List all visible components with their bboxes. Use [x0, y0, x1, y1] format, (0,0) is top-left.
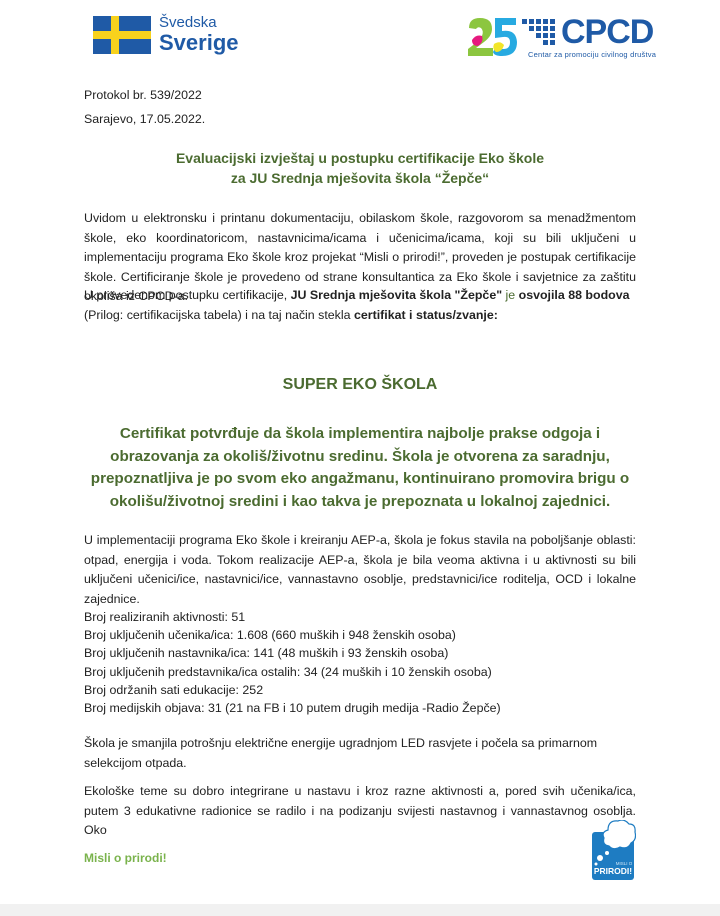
svg-text:PRIRODI!: PRIRODI! — [594, 866, 632, 876]
cpcd-logo: CPCD Centar za promociju civilnog društv… — [466, 14, 646, 64]
implementation-paragraph: U implementaciji programa Eko škole i kr… — [84, 531, 636, 609]
statistics-list: Broj realiziranih aktivnosti: 51 Broj uk… — [84, 608, 636, 717]
stat-students: Broj uključenih učenika/ica: 1.608 (660 … — [84, 626, 636, 644]
cpcd-logo-subtitle: Centar za promociju civilnog društva — [528, 50, 656, 59]
status-label: certifikat i status/zvanje: — [354, 308, 498, 322]
cpcd-logo-name: CPCD — [561, 13, 653, 52]
title-line-2: za JU Srednja mješovita škola “Žepče“ — [84, 168, 636, 188]
sweden-logo: Švedska Sverige — [93, 15, 239, 54]
sweden-logo-line2: Sverige — [159, 32, 239, 54]
swedish-flag-icon — [93, 16, 151, 54]
stat-teachers: Broj uključenih nastavnika/ica: 141 (48 … — [84, 644, 636, 662]
stat-other-representatives: Broj uključenih predstavnika/ica ostalih… — [84, 663, 636, 681]
stat-media-posts: Broj medijskih objava: 31 (21 na FB i 10… — [84, 699, 636, 717]
page-bottom-edge — [0, 904, 720, 916]
ecology-paragraph: Ekološke teme su dobro integrirane u nas… — [84, 782, 636, 841]
place-date: Sarajevo, 17.05.2022. — [84, 110, 636, 130]
protocol-number: Protokol br. 539/2022 — [84, 86, 636, 106]
sweden-logo-line1: Švedska — [159, 15, 239, 30]
stat-education-hours: Broj održanih sati edukacije: 252 — [84, 681, 636, 699]
points-awarded: osvojila 88 bodova — [519, 288, 630, 302]
energy-paragraph: Škola je smanjila potrošnju električne e… — [84, 734, 636, 773]
document-page: Švedska Sverige CPCD Centar za promociju… — [0, 0, 720, 904]
school-name: JU Srednja mješovita škola "Žepče" — [291, 288, 502, 302]
document-title: Evaluacijski izvještaj u postupku certif… — [84, 148, 636, 188]
thought-cloud-icon: MISLI O PRIRODI! — [590, 820, 636, 882]
footer-slogan: Misli o prirodi! — [84, 851, 167, 865]
stat-activities: Broj realiziranih aktivnosti: 51 — [84, 608, 636, 626]
misli-o-prirodi-logo: MISLI O PRIRODI! — [590, 820, 636, 882]
award-title: SUPER EKO ŠKOLA — [84, 376, 636, 394]
award-description: Certifikat potvrđuje da škola implementi… — [84, 423, 636, 513]
result-paragraph: U provedenom postupku certifikacije, JU … — [84, 286, 636, 325]
title-line-1: Evaluacijski izvještaj u postupku certif… — [84, 148, 636, 168]
